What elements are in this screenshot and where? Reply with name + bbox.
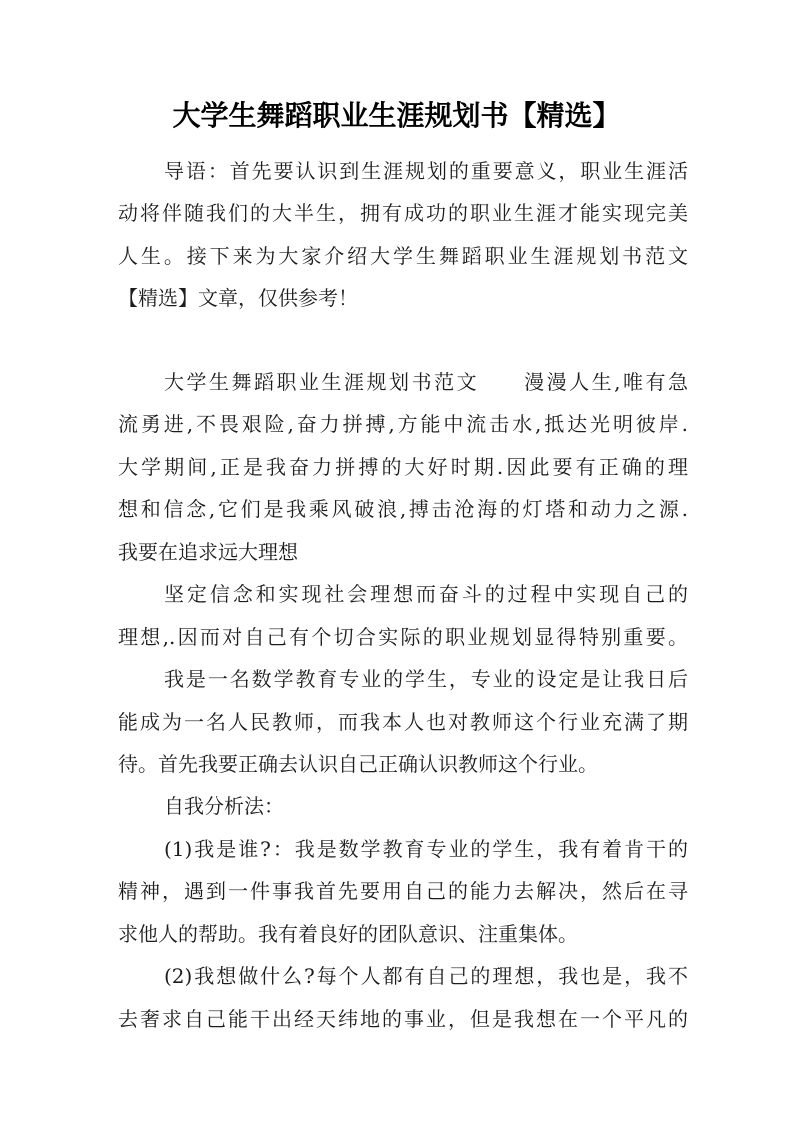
text-line: 大学期间,正是我奋力拼搏的大好时期.因此要有正确的理 (118, 454, 688, 480)
text-line: 精神，遇到一件事我首先要用自己的能力去解决，然后在寻 (118, 878, 688, 904)
text-line: 求他人的帮助。我有着良好的团队意识、注重集体。 (118, 921, 688, 947)
text-line: 大学生舞蹈职业生涯规划书范文 漫漫人生,唯有急 (164, 369, 688, 395)
document-page: 大学生舞蹈职业生涯规划书【精选】 导语：首先要认识到生涯规划的重要意义，职业生涯… (0, 0, 793, 1122)
text-line: 导语：首先要认识到生涯规划的重要意义，职业生涯活 (164, 158, 688, 184)
text-line: 【精选】文章，仅供参考！ (118, 285, 688, 311)
text-line: 待。首先我要正确去认识自己正确认识教师这个行业。 (118, 751, 688, 777)
text-line: 坚定信念和实现社会理想而奋斗的过程中实现自己的 (164, 581, 688, 607)
text-line: 人生。接下来为大家介绍大学生舞蹈职业生涯规划书范文 (118, 243, 688, 269)
text-line: 能成为一名人民教师，而我本人也对教师这个行业充满了期 (118, 709, 688, 735)
text-line: 动将伴随我们的大半生，拥有成功的职业生涯才能实现完美 (118, 200, 688, 226)
text-line: 自我分析法： (164, 793, 688, 819)
text-line: 想和信念,它们是我乘风破浪,搏击沧海的灯塔和动力之源. (118, 496, 688, 522)
text-line: (2)我想做什么?每个人都有自己的理想，我也是，我不 (164, 963, 688, 989)
text-line: 我要在追求远大理想 (118, 539, 688, 565)
text-line: 我是一名数学教育专业的学生，专业的设定是让我日后 (164, 666, 688, 692)
text-line: 理想,.因而对自己有个切合实际的职业规划显得特别重要。 (118, 624, 688, 650)
text-line: 流勇进,不畏艰险,奋力拼搏,方能中流击水,抵达光明彼岸. (118, 411, 688, 437)
document-title: 大学生舞蹈职业生涯规划书【精选】 (0, 96, 793, 136)
text-line: 去奢求自己能干出经天纬地的事业，但是我想在一个平凡的 (118, 1006, 688, 1032)
text-line: (1)我是谁?：我是数学教育专业的学生，我有着肯干的 (164, 836, 688, 862)
